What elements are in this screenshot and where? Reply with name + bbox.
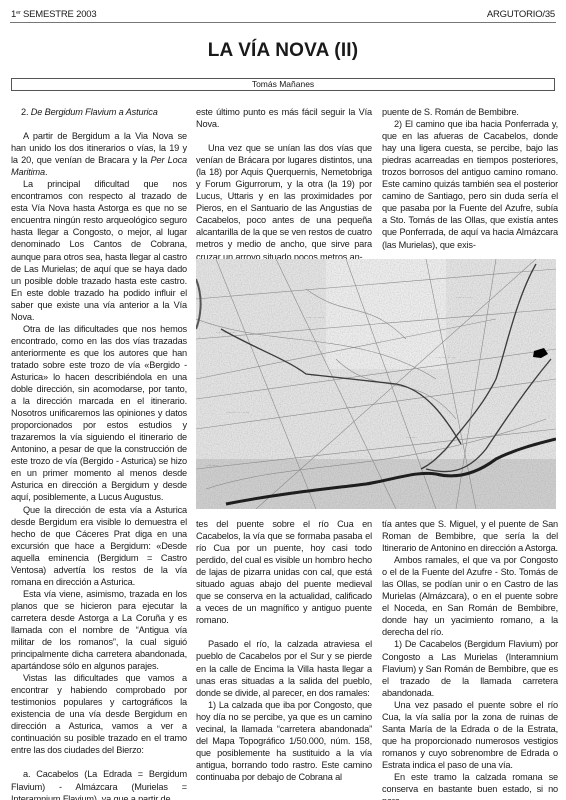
paragraph: Pasado el río, la calzada atraviesa el p… — [196, 638, 372, 698]
text-column-3-top: puente de S. Román de Bembibre. 2) El ca… — [382, 106, 558, 251]
author-byline: Tomás Mañanes — [11, 78, 555, 91]
svg-text:·········: ········· — [206, 463, 218, 468]
paragraph: En este tramo la calzada romana se conse… — [382, 771, 558, 800]
paragraph: a. Cacabelos (La Edrada = Bergidum Flavi… — [11, 768, 187, 800]
paragraph: Una vez que se unían las dos vías que ve… — [196, 142, 372, 262]
paragraph: este último punto es más fácil seguir la… — [196, 106, 372, 130]
svg-text:······ ··· ··: ······ ··· ·· — [456, 295, 473, 300]
text-column-2-bottom: tes del puente sobre el río Cua en Cacab… — [196, 518, 372, 783]
paragraph: Ambos ramales, el que va por Congosto o … — [382, 554, 558, 638]
paragraph: tía antes que S. Miguel, y el puente de … — [382, 518, 558, 554]
paragraph: A partir de Bergidum a la Via Nova se ha… — [11, 130, 187, 178]
svg-text:········ ··· ·····: ········ ··· ····· — [226, 410, 249, 415]
issue-semester: SEMESTRE 2003 — [21, 9, 97, 20]
svg-text:····· ·· ·····: ····· ·· ····· — [306, 315, 324, 320]
running-header: 1er SEMESTRE 2003 ARGUTORIO/35 — [10, 8, 556, 23]
section-heading: 2. De Bergidum Flavium a Asturica — [11, 106, 187, 118]
svg-text:········ ·· ···: ········ ·· ··· — [436, 355, 455, 360]
text-column-3-bottom: tía antes que S. Miguel, y el puente de … — [382, 518, 558, 800]
svg-text:··········: ·········· — [311, 373, 324, 378]
topographic-map-image: ···· ··· ······ ····· ·· ····· ·········… — [196, 259, 556, 509]
paragraph: 1) La calzada que iba por Congosto, que … — [196, 699, 372, 783]
section-title: De Bergidum Flavium a Asturica — [31, 107, 158, 117]
map-figure: ···· ··· ······ ····· ·· ····· ·········… — [196, 259, 556, 509]
text-column-1: 2. De Bergidum Flavium a Asturica A part… — [11, 106, 187, 800]
paragraph: Vistas las dificultades que vamos a enco… — [11, 672, 187, 756]
svg-text:········: ········ — [406, 435, 417, 440]
svg-text:···· ··· ······: ···· ··· ······ — [216, 330, 235, 335]
svg-text:···· ···: ···· ··· — [346, 405, 356, 410]
article-title: LA VÍA NOVA (II) — [0, 40, 566, 62]
text-column-2-top: este último punto es más fácil seguir la… — [196, 106, 372, 263]
issue-label: 1er SEMESTRE 2003 — [11, 9, 96, 20]
paragraph: La principal dificultad que nos encontra… — [11, 178, 187, 323]
paragraph: Esta vía viene, asimismo, trazada en los… — [11, 588, 187, 672]
journal-page-label: ARGUTORIO/35 — [487, 9, 555, 20]
paragraph: 1) De Cacabelos (Bergidum Flavium) por C… — [382, 638, 558, 698]
paragraph: Una vez pasado el puente sobre el río Cu… — [382, 699, 558, 771]
paragraph: puente de S. Román de Bembibre. — [382, 106, 558, 118]
paragraph: tes del puente sobre el río Cua en Cacab… — [196, 518, 372, 626]
paragraph: 2) El camino que iba hacia Ponferrada y,… — [382, 118, 558, 251]
section-number: 2. — [21, 107, 31, 117]
paragraph: Otra de las dificultades que nos hemos e… — [11, 323, 187, 504]
paragraph: Que la dirección de esta vía a Asturica … — [11, 504, 187, 588]
paragraph-text: . — [45, 167, 47, 177]
